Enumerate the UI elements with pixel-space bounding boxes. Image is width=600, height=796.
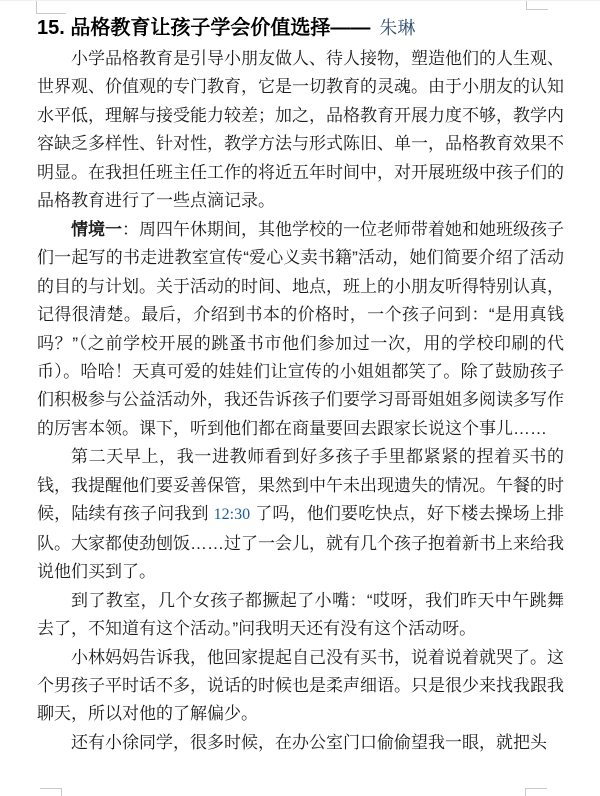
document-page: 15. 品格教育让孩子学会价值选择——朱琳 小学品格教育是引导小朋友做人、待人接… xyxy=(0,0,600,796)
paragraph-classroom-girls: 到了教室，几个女孩子都撅起了小嘴：“哎呀，我们昨天中午跳舞去了，不知道有这个活动… xyxy=(37,587,564,644)
text-boundary-mark-top-right xyxy=(526,1,548,10)
paragraph-intro: 小学品格教育是引导小朋友做人、待人接物，塑造他们的人生观、世界观、价值观的专门教… xyxy=(37,45,564,216)
author-name: 朱琳 xyxy=(379,18,415,38)
paragraph-xiaolin: 小林妈妈告诉我，他回家提起自己没有买书，说着说着就哭了。这个男孩子平时话不多，说… xyxy=(37,644,564,729)
text-boundary-mark-bottom-left xyxy=(40,788,62,796)
paragraph-scene-one: 情境一：周四午休期间，其他学校的一位老师带着她和她班级孩子们一起写的书走进教室宣… xyxy=(37,216,564,444)
scene-one-text: ：周四午休期间，其他学校的一位老师带着她和她班级孩子们一起写的书走进教室宣传“爱… xyxy=(37,220,564,438)
title-text: 15. 品格教育让孩子学会价值选择—— xyxy=(37,17,370,39)
paragraph-xiaoxu: 还有小徐同学，很多时候，在办公室门口偷偷望我一眼，就把头 xyxy=(37,729,564,757)
scene-one-lead: 情境一 xyxy=(71,220,122,239)
page-content: 15. 品格教育让孩子学会价值选择——朱琳 小学品格教育是引导小朋友做人、待人接… xyxy=(37,11,564,757)
paragraph-intro-text: 小学品格教育是引导小朋友做人、待人接物，塑造他们的人生观、世界观、价值观的专门教… xyxy=(37,49,564,210)
text-boundary-mark-bottom-right xyxy=(525,788,547,796)
xiaolin-text: 小林妈妈告诉我，他回家提起自己没有买书，说着说着就哭了。这个男孩子平时话不多，说… xyxy=(37,648,564,724)
classroom-girls-text: 到了教室，几个女孩子都撅起了小嘴：“哎呀，我们昨天中午跳舞去了，不知道有这个活动… xyxy=(37,591,564,638)
body-text: 小学品格教育是引导小朋友做人、待人接物，塑造他们的人生观、世界观、价值观的专门教… xyxy=(37,45,564,757)
document-title: 15. 品格教育让孩子学会价值选择——朱琳 xyxy=(37,11,564,45)
time-value: 12:30 xyxy=(214,506,250,523)
xiaoxu-text: 还有小徐同学，很多时候，在办公室门口偷偷望我一眼，就把头 xyxy=(71,733,547,752)
paragraph-next-morning: 第二天早上，我一进教师看到好多孩子手里都紧紧的捏着买书的钱，我提醒他们要妥善保管… xyxy=(37,443,564,586)
